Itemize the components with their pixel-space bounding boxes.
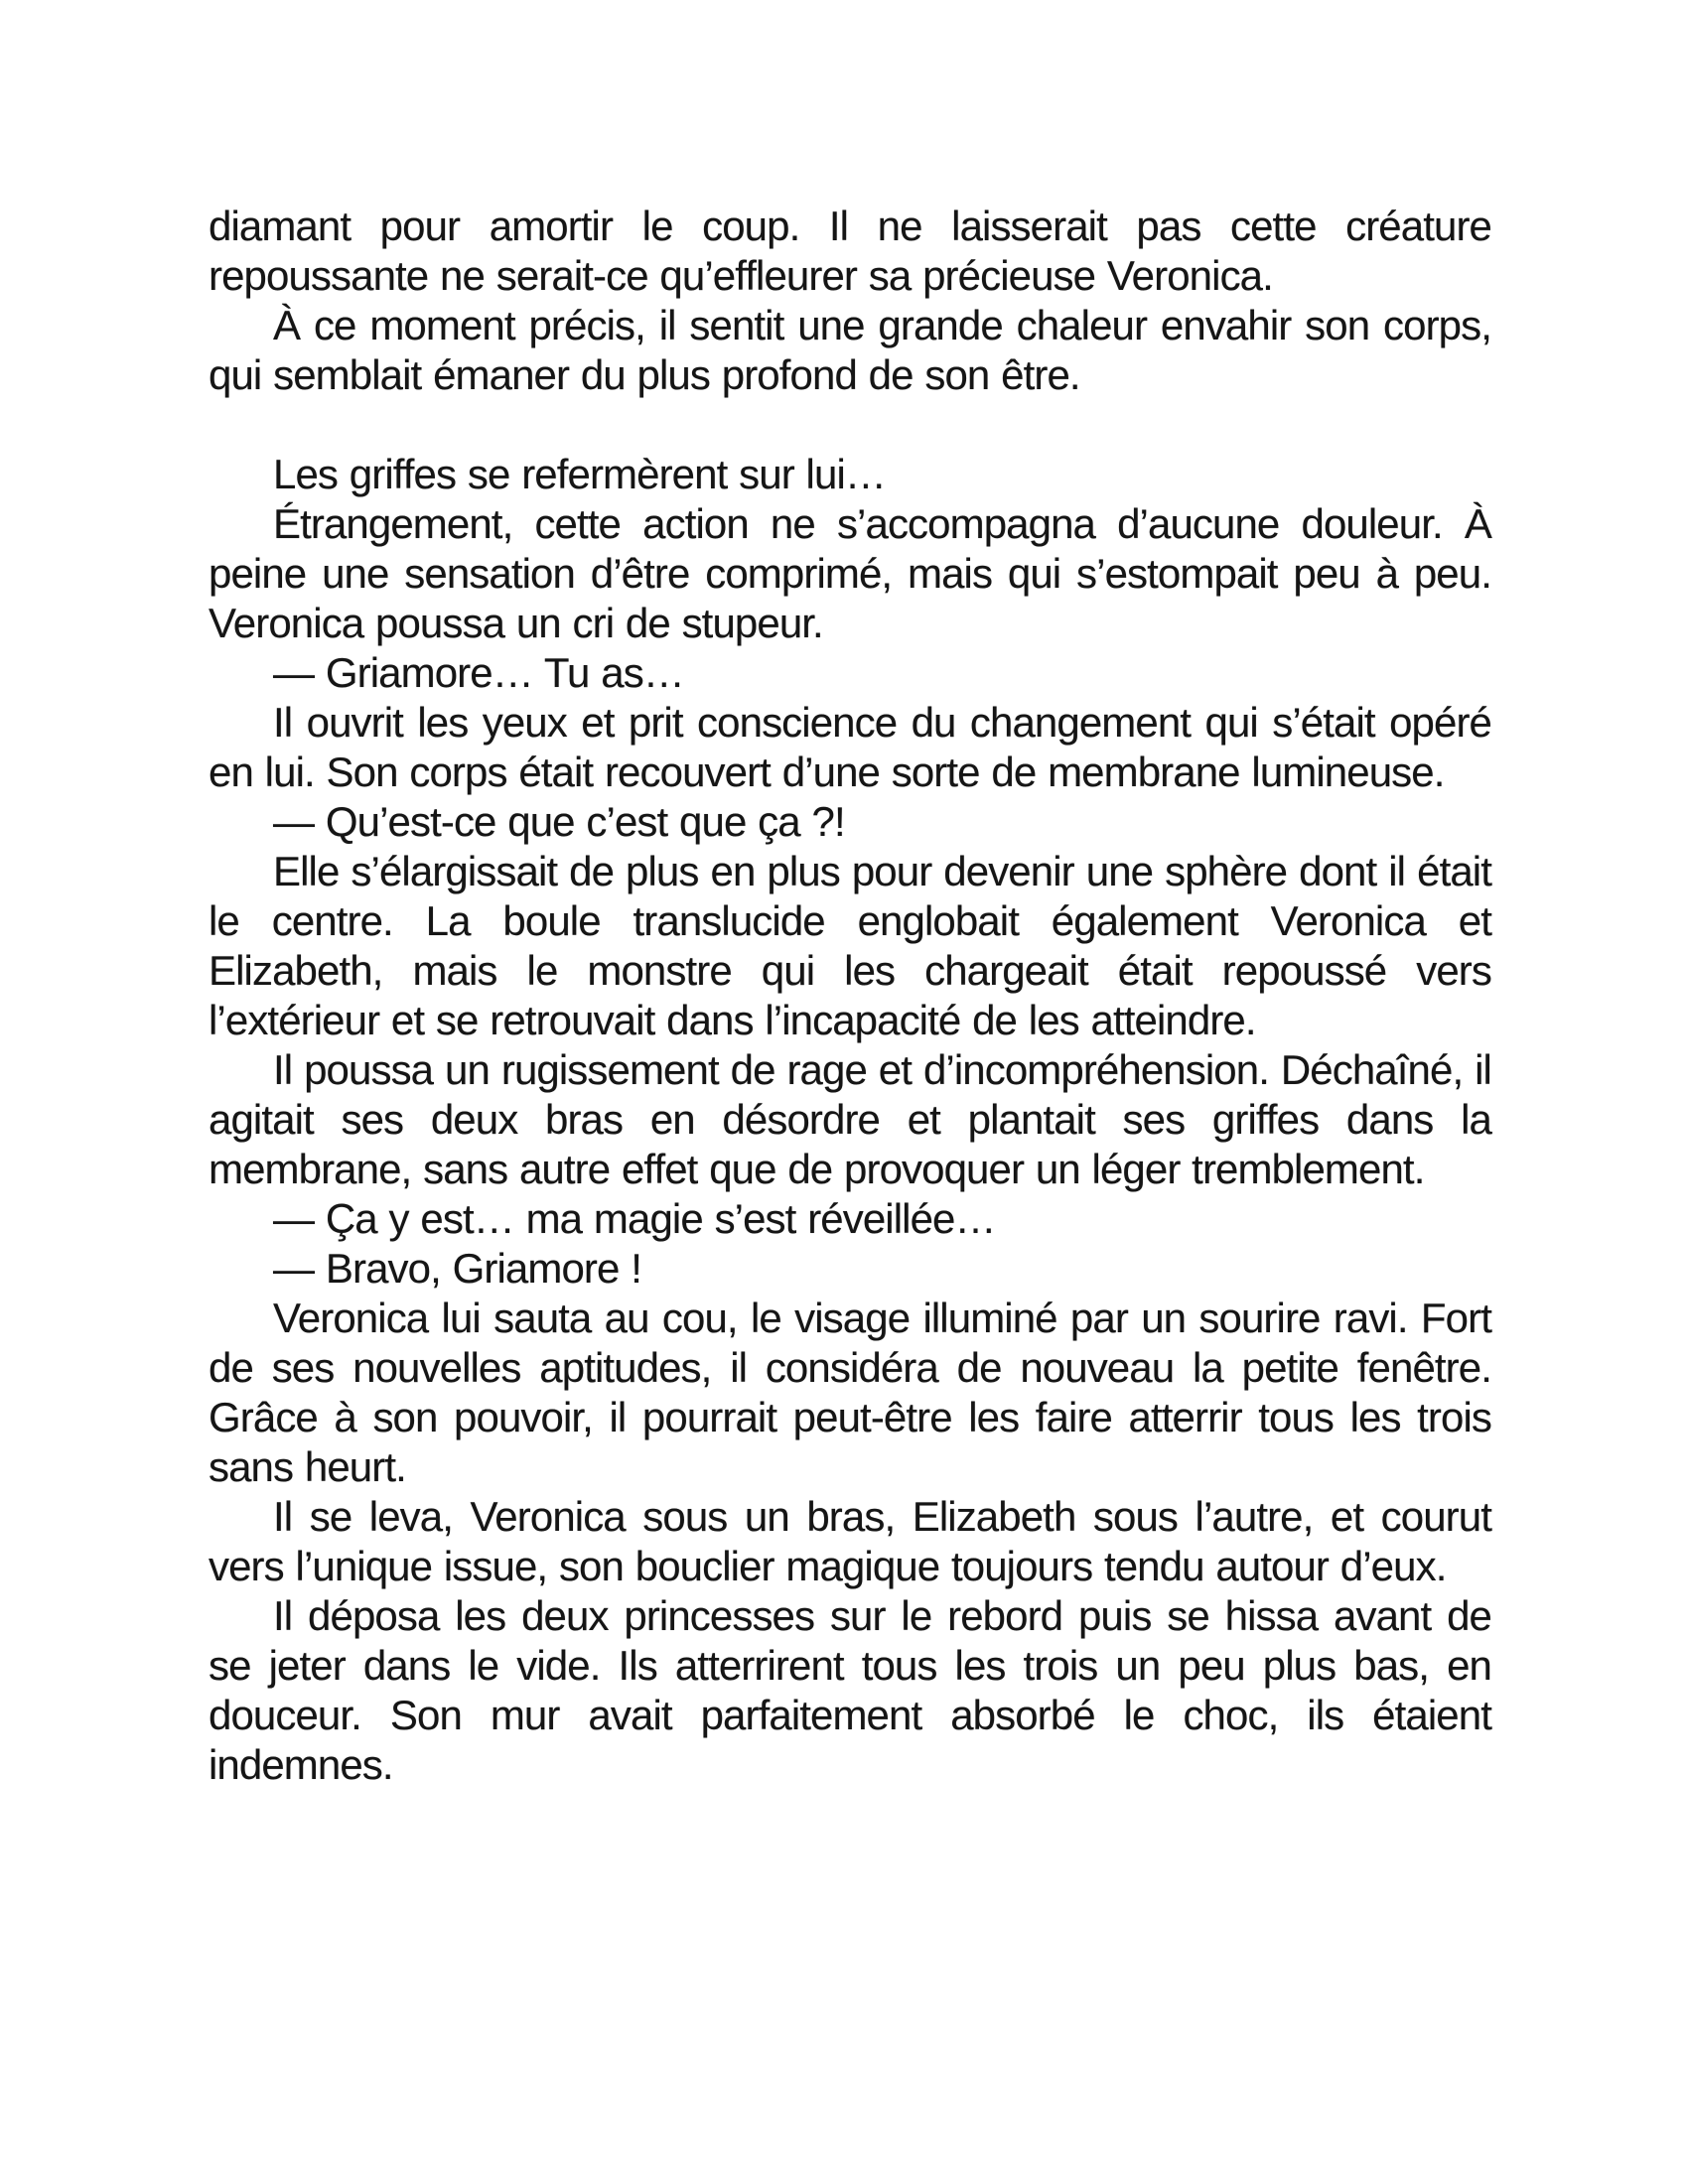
dialogue-paragraph: — Qu’est-ce que c’est que ça ?! xyxy=(209,797,1491,847)
dialogue-paragraph: — Ça y est… ma magie s’est réveillée… xyxy=(209,1194,1491,1244)
dialogue-paragraph: — Bravo, Griamore ! xyxy=(209,1244,1491,1294)
paragraph: À ce moment précis, il sentit une grande… xyxy=(209,301,1491,400)
paragraph: Il déposa les deux princesses sur le reb… xyxy=(209,1591,1491,1790)
paragraph: Les griffes se refermèrent sur lui… xyxy=(209,450,1491,499)
paragraph: Il se leva, Veronica sous un bras, Eliza… xyxy=(209,1492,1491,1591)
paragraph: Il ouvrit les yeux et prit conscience du… xyxy=(209,698,1491,797)
paragraph: Étrangement, cette action ne s’accompagn… xyxy=(209,499,1491,648)
dialogue-paragraph: — Griamore… Tu as… xyxy=(209,648,1491,698)
paragraph: Veronica lui sauta au cou, le visage ill… xyxy=(209,1294,1491,1492)
text-block: diamant pour amortir le coup. Il ne lais… xyxy=(209,202,1491,1790)
paragraph: Elle s’élargissait de plus en plus pour … xyxy=(209,847,1491,1045)
paragraph: diamant pour amortir le coup. Il ne lais… xyxy=(209,202,1491,301)
paragraph: Il poussa un rugissement de rage et d’in… xyxy=(209,1045,1491,1194)
book-page: diamant pour amortir le coup. Il ne lais… xyxy=(0,0,1688,2184)
